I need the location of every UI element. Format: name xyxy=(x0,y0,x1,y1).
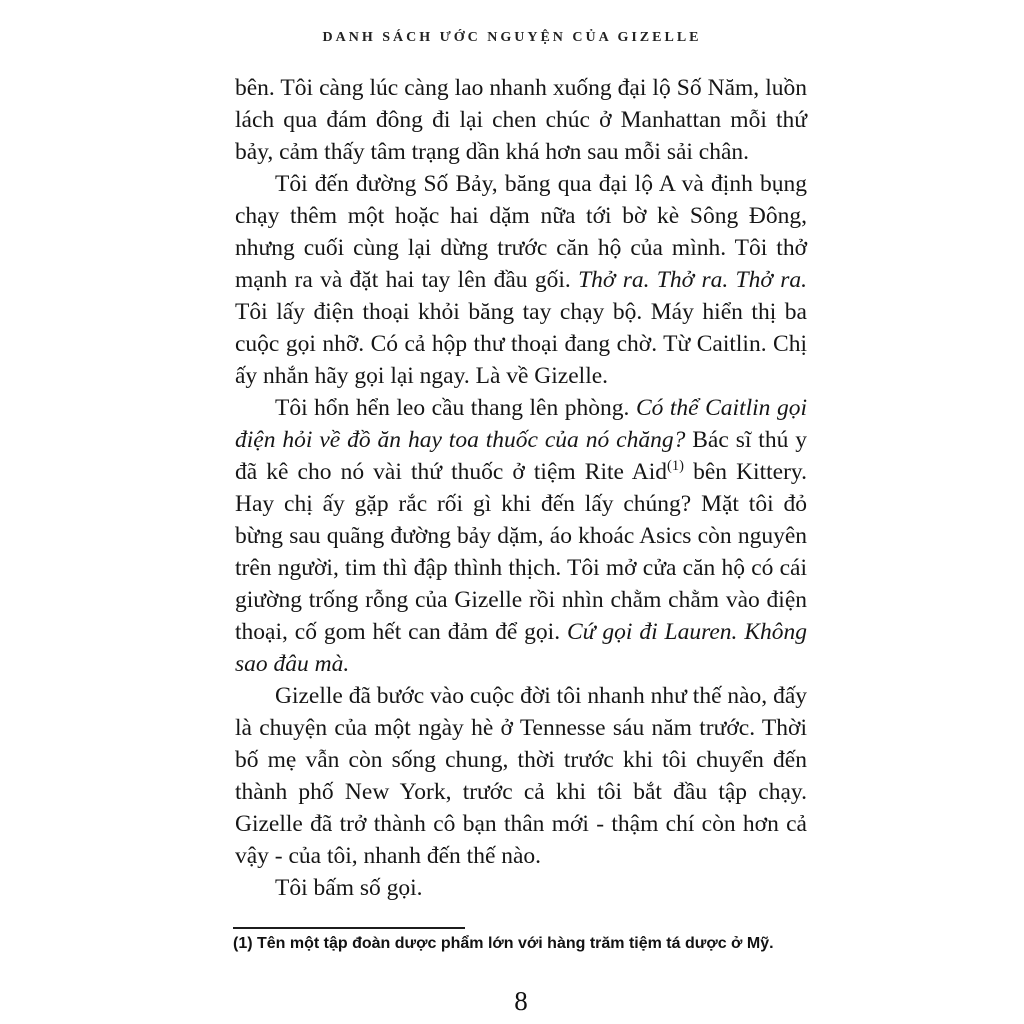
text-segment: Gizelle đã bước vào cuộc đời tôi nhanh n… xyxy=(235,683,807,869)
page-number: 8 xyxy=(235,986,807,1017)
paragraph: Gizelle đã bước vào cuộc đời tôi nhanh n… xyxy=(235,680,807,872)
text-segment: Tôi hổn hển leo cầu thang lên phòng. xyxy=(275,395,636,421)
text-segment: bên Kittery. Hay chị ấy gặp rắc rối gì k… xyxy=(235,459,807,645)
text-segment: Tôi lấy điện thoại khỏi băng tay chạy bộ… xyxy=(235,299,807,389)
paragraph: bên. Tôi càng lúc càng lao nhanh xuống đ… xyxy=(235,72,807,168)
footnote-text: (1) Tên một tập đoàn dược phẩm lớn với h… xyxy=(233,934,805,954)
footnote-separator xyxy=(233,927,465,929)
paragraph: Tôi bấm số gọi. xyxy=(235,872,807,904)
text-segment: Tôi bấm số gọi. xyxy=(275,875,423,901)
paragraph: Tôi hổn hển leo cầu thang lên phòng. Có … xyxy=(235,392,807,680)
paragraph: Tôi đến đường Số Bảy, băng qua đại lộ A … xyxy=(235,168,807,392)
running-head: DANH SÁCH ƯỚC NGUYỆN CỦA GIZELLE xyxy=(0,30,1024,46)
footnote-marker: (1) xyxy=(667,458,684,474)
body-text: bên. Tôi càng lúc càng lao nhanh xuống đ… xyxy=(235,72,807,904)
book-page: DANH SÁCH ƯỚC NGUYỆN CỦA GIZELLE bên. Tô… xyxy=(0,0,1024,1024)
footnote-block: (1) Tên một tập đoàn dược phẩm lớn với h… xyxy=(233,927,805,954)
italic-text: Thở ra. Thở ra. Thở ra. xyxy=(578,267,807,293)
text-segment: bên. Tôi càng lúc càng lao nhanh xuống đ… xyxy=(235,75,807,165)
